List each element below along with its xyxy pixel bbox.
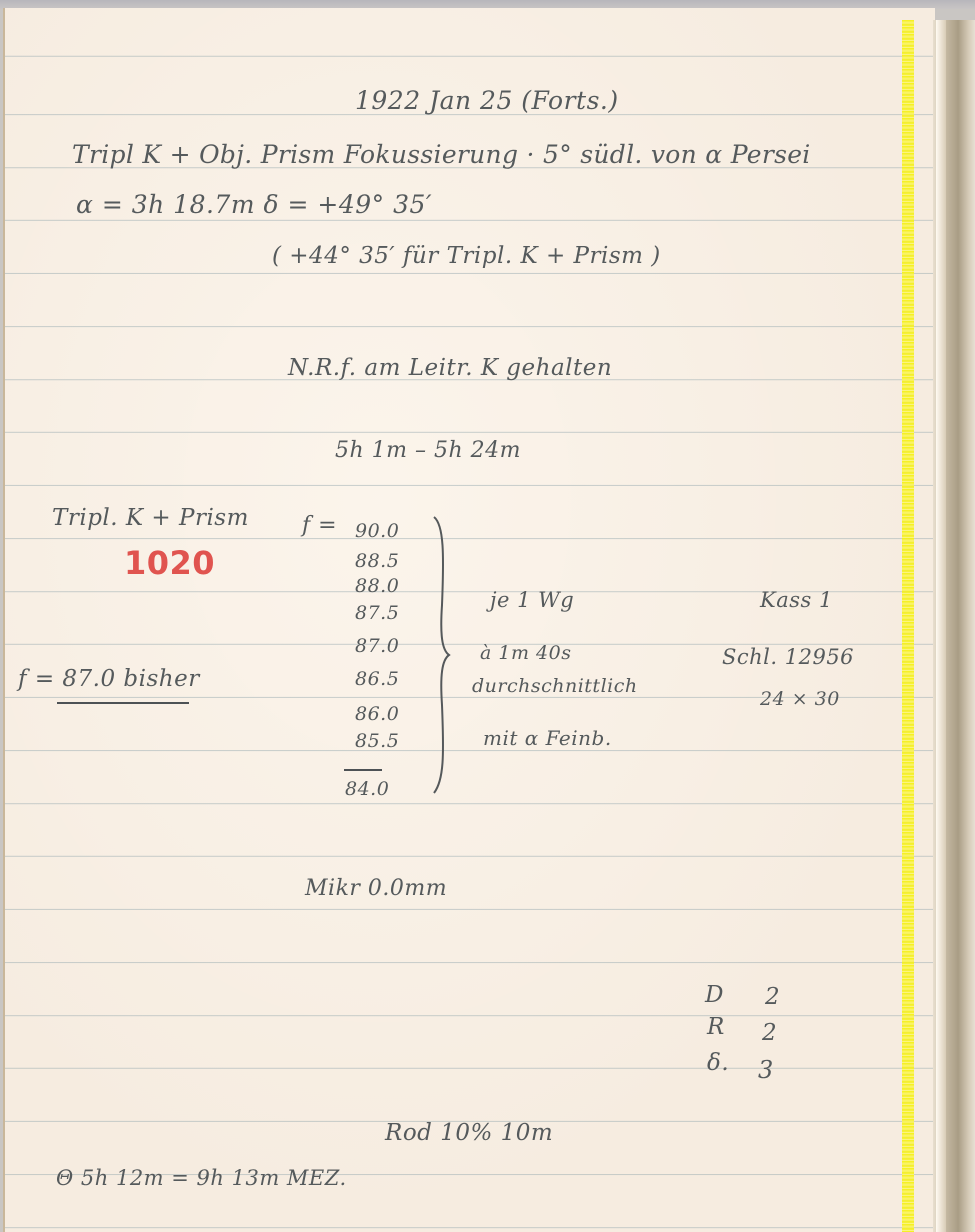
rating-value: 2 — [765, 984, 780, 1010]
entry-date: 1922 Jan 25 (Forts.) — [355, 86, 619, 115]
cassette: Kass 1 — [760, 588, 833, 612]
intro-line-1: Tripl K + Obj. Prism Fokussierung · 5° s… — [72, 140, 811, 169]
spine-shadow — [936, 20, 946, 1232]
focus-value: 90.0 — [355, 520, 399, 542]
focus-value: 86.5 — [355, 668, 399, 690]
focus-value: 85.5 — [355, 730, 399, 752]
plate-emulsion: Schl. 12956 — [722, 645, 854, 669]
exposure-line-1: je 1 Wg — [490, 588, 574, 612]
rating-value: 3 — [758, 1056, 774, 1084]
time-range: 5h 1m – 5h 24m — [335, 438, 521, 463]
exposure-line-2: à 1m 40s — [480, 642, 571, 664]
rating-symbol: δ. — [707, 1050, 729, 1076]
exposure-line-3: durchschnittlich — [472, 675, 638, 697]
exposure-line-4: mit α Feinb. — [483, 726, 612, 750]
focus-separator-line — [344, 769, 382, 771]
rating-symbol: R — [707, 1014, 725, 1040]
rating-value: 2 — [762, 1020, 777, 1046]
focus-value: 88.0 — [355, 575, 399, 597]
focus-value: 88.5 — [355, 550, 399, 572]
time-conversion: Θ 5h 12m = 9h 13m MEZ. — [56, 1166, 347, 1190]
previous-focus: f = 87.0 bisher — [18, 666, 200, 692]
previous-focus-underline — [57, 702, 189, 704]
plate-size: 24 × 30 — [760, 688, 840, 710]
intro-declination-note: ( +44° 35′ für Tripl. K + Prism ) — [272, 243, 661, 269]
focus-value: 86.0 — [355, 703, 399, 725]
focus-value-final: 84.0 — [345, 778, 389, 800]
focus-value: 87.5 — [355, 602, 399, 624]
focus-value: 87.0 — [355, 635, 399, 657]
micrometer-reading: Mikr 0.0mm — [305, 876, 447, 901]
page-edge-highlight — [902, 20, 914, 1232]
rating-symbol: D — [705, 982, 724, 1008]
development-note: Rod 10% 10m — [385, 1120, 553, 1146]
grouping-brace — [432, 515, 452, 795]
guiding-note: N.R.f. am Leitr. K gehalten — [288, 355, 612, 381]
focus-prefix: f = — [302, 513, 337, 538]
intro-coordinates: α = 3h 18.7m δ = +49° 35′ — [76, 190, 432, 219]
instrument-label: Tripl. K + Prism — [52, 505, 249, 531]
plate-number: 1020 — [124, 544, 215, 582]
